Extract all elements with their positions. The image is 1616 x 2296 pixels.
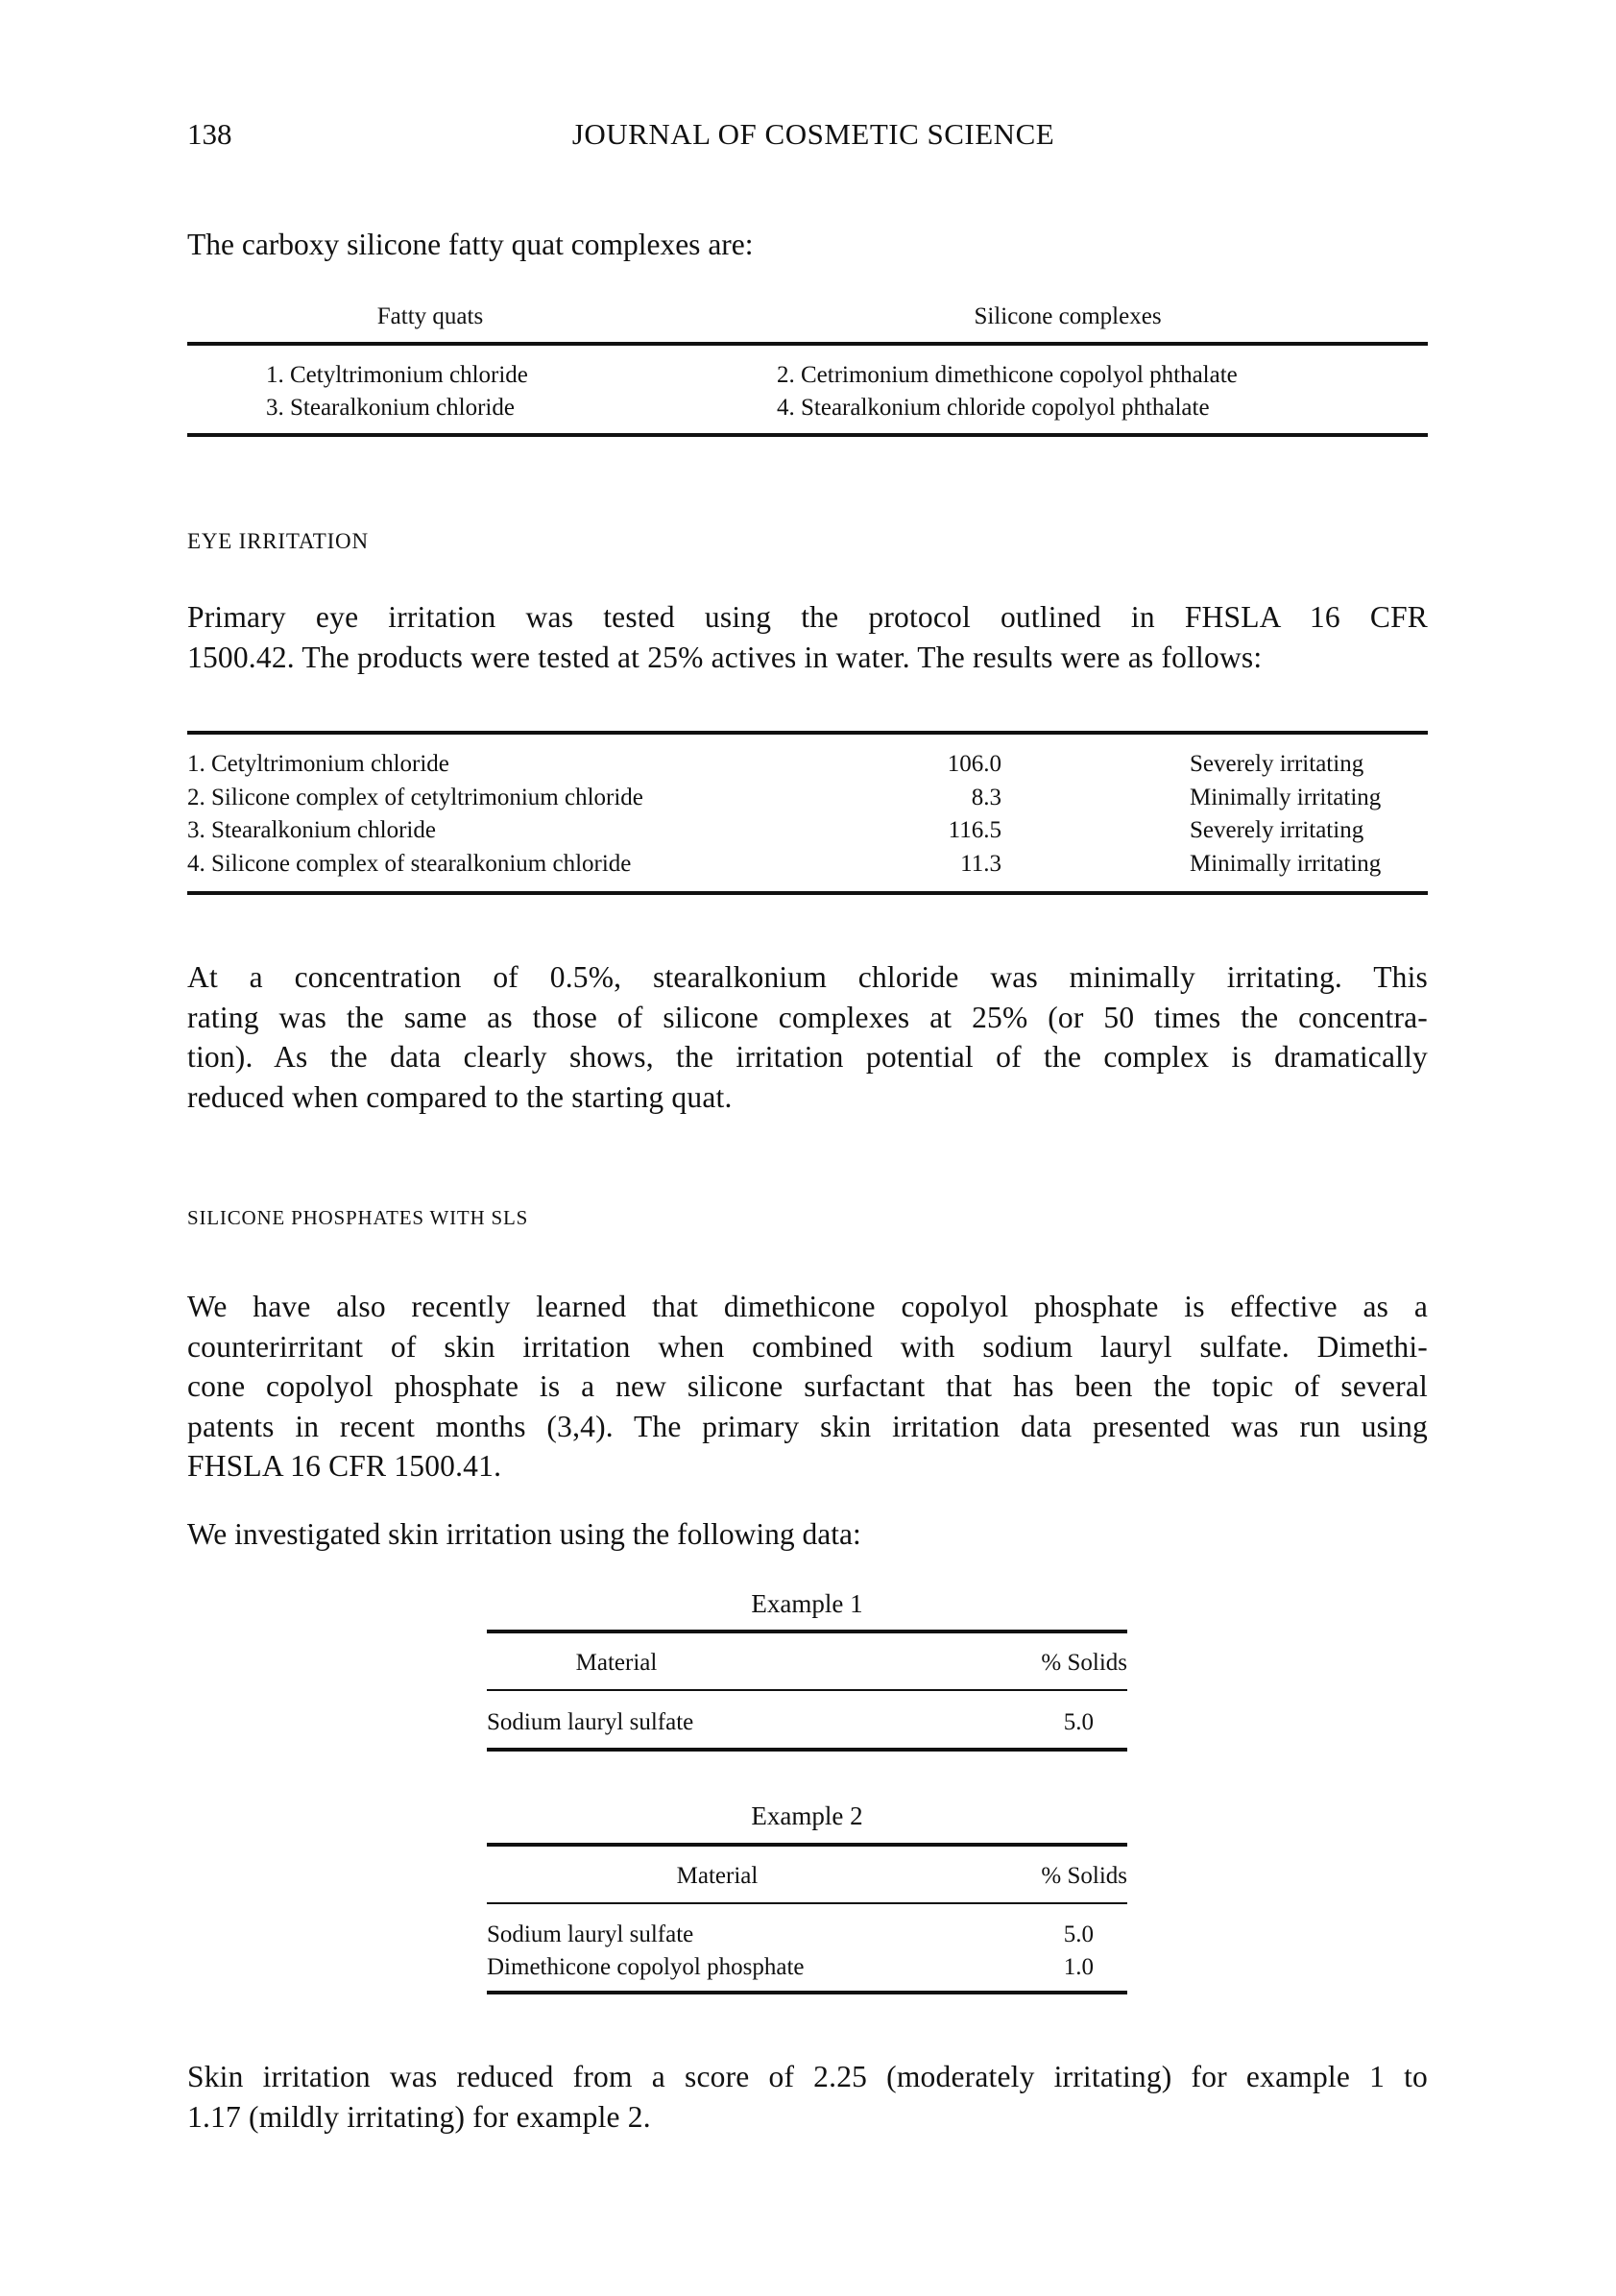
- column-header-material: Material: [487, 1863, 948, 1890]
- table-bottom-rule: [487, 1991, 1127, 1994]
- substance-cell: 2. Silicone complex of cetyltrimonium ch…: [187, 785, 643, 811]
- table-top-rule: [187, 731, 1428, 735]
- fatty-quat-cell: 3. Stearalkonium chloride: [266, 395, 515, 422]
- conclusion-paragraph: Skin irritation was reduced from a score…: [187, 2057, 1428, 2137]
- rating-cell: Severely irritating: [1190, 751, 1363, 778]
- table-top-rule: [187, 342, 1428, 346]
- score-cell: 106.0: [905, 751, 1001, 778]
- table-bottom-rule: [187, 433, 1428, 437]
- journal-title: JOURNAL OF COSMETIC SCIENCE: [572, 117, 1054, 152]
- example-title: Example 2: [487, 1801, 1127, 1831]
- eye-irritation-discussion: At a concentration of 0.5%, stearalkoniu…: [187, 957, 1428, 1117]
- text-line: We have also recently learned that dimet…: [187, 1287, 1428, 1327]
- column-header-fatty-quats: Fatty quats: [317, 303, 543, 330]
- text-line: rating was the same as those of silicone…: [187, 998, 1428, 1038]
- substance-cell: 4. Silicone complex of stearalkonium chl…: [187, 851, 631, 878]
- column-header-material: Material: [487, 1650, 746, 1677]
- column-header-solids: % Solids: [935, 1650, 1127, 1677]
- fatty-quat-cell: 1. Cetyltrimonium chloride: [266, 362, 528, 389]
- column-header-solids: % Solids: [935, 1863, 1127, 1890]
- material-cell: Dimethicone copolyol phosphate: [487, 1954, 804, 1981]
- section-heading-silicone-phosphates: SILICONE PHOSPHATES WITH SLS: [187, 1206, 528, 1230]
- text-line: Skin irritation was reduced from a score…: [187, 2057, 1428, 2097]
- rating-cell: Severely irritating: [1190, 817, 1363, 844]
- silicone-complex-cell: 2. Cetrimonium dimethicone copolyol phth…: [777, 362, 1238, 389]
- silicone-phosphates-paragraph: We have also recently learned that dimet…: [187, 1287, 1428, 1486]
- substance-cell: 1. Cetyltrimonium chloride: [187, 751, 449, 778]
- table-header-rule: [487, 1902, 1127, 1904]
- text-line: cone copolyol phosphate is a new silicon…: [187, 1366, 1428, 1407]
- table-top-rule: [487, 1630, 1127, 1633]
- intro-sentence: The carboxy silicone fatty quat complexe…: [187, 225, 754, 264]
- eye-irritation-paragraph: Primary eye irritation was tested using …: [187, 597, 1428, 677]
- text-line: FHSLA 16 CFR 1500.41.: [187, 1446, 1428, 1486]
- score-cell: 11.3: [905, 851, 1001, 878]
- rating-cell: Minimally irritating: [1190, 785, 1381, 811]
- text-line: counterirritant of skin irritation when …: [187, 1327, 1428, 1367]
- solids-cell: 1.0: [998, 1954, 1094, 1981]
- text-line: 1.17 (mildly irritating) for example 2.: [187, 2097, 1428, 2138]
- table-top-rule: [487, 1843, 1127, 1847]
- material-cell: Sodium lauryl sulfate: [487, 1709, 693, 1736]
- text-line: At a concentration of 0.5%, stearalkoniu…: [187, 957, 1428, 998]
- text-line: reduced when compared to the starting qu…: [187, 1077, 1428, 1118]
- rating-cell: Minimally irritating: [1190, 851, 1381, 878]
- score-cell: 8.3: [905, 785, 1001, 811]
- solids-cell: 5.0: [998, 1921, 1094, 1948]
- substance-cell: 3. Stearalkonium chloride: [187, 817, 436, 844]
- text-line: 1500.42. The products were tested at 25%…: [187, 638, 1428, 678]
- running-header: JOURNAL OF COSMETIC SCIENCE: [0, 117, 1616, 152]
- example-title: Example 1: [487, 1589, 1127, 1619]
- column-header-silicone-complexes: Silicone complexes: [946, 303, 1190, 330]
- lead-in-sentence: We investigated skin irritation using th…: [187, 1514, 861, 1554]
- table-bottom-rule: [187, 891, 1428, 895]
- material-cell: Sodium lauryl sulfate: [487, 1921, 693, 1948]
- silicone-complex-cell: 4. Stearalkonium chloride copolyol phtha…: [777, 395, 1210, 422]
- score-cell: 116.5: [905, 817, 1001, 844]
- section-heading-eye-irritation: EYE IRRITATION: [187, 529, 369, 554]
- text-line: patents in recent months (3,4). The prim…: [187, 1407, 1428, 1447]
- text-line: Primary eye irritation was tested using …: [187, 597, 1428, 638]
- table-bottom-rule: [487, 1748, 1127, 1752]
- table-header-rule: [487, 1689, 1127, 1691]
- text-line: tion). As the data clearly shows, the ir…: [187, 1037, 1428, 1077]
- solids-cell: 5.0: [998, 1709, 1094, 1736]
